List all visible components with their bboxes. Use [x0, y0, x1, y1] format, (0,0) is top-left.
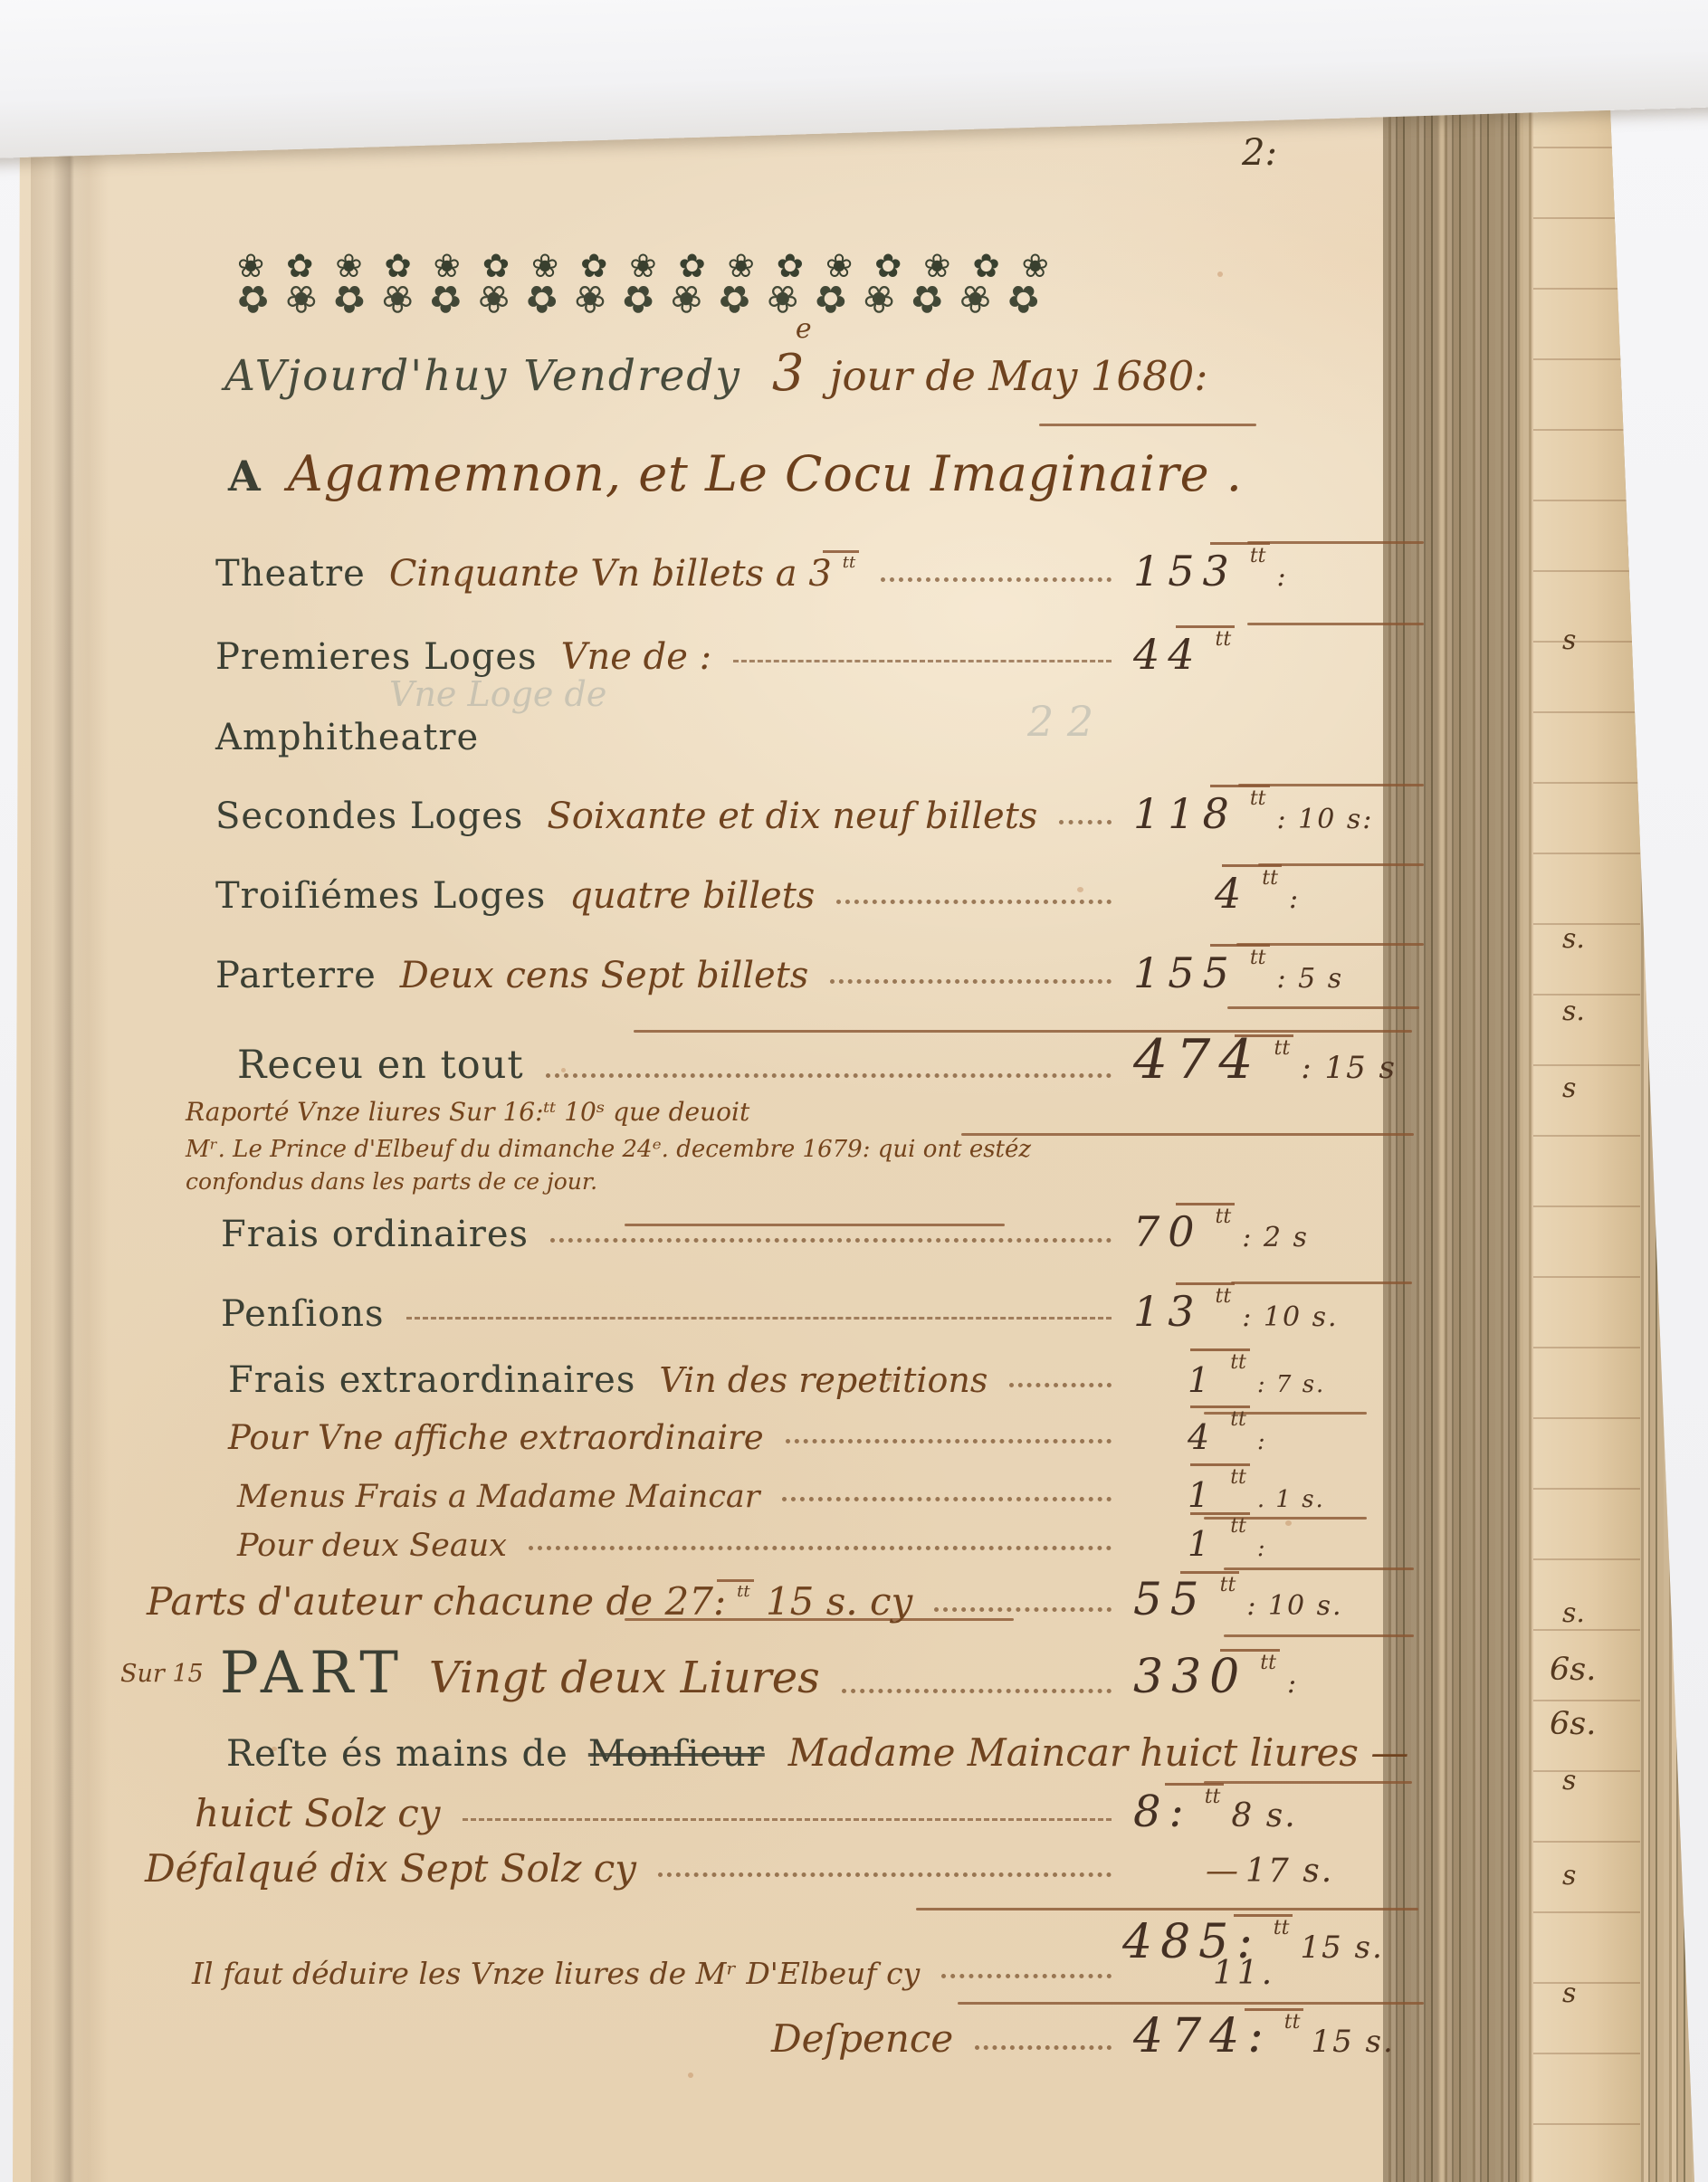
reste-solz-detail: huict Solz cy [195, 1791, 441, 1835]
troisiemes-loges-label: Troiſiémes Loges [215, 875, 546, 917]
dot-leader [529, 1546, 1112, 1550]
ink-rule [1258, 863, 1424, 866]
marginal-note: Raporté Vnze liures Sur 16:ᵗᵗ 10ˢ que de… [186, 1097, 1031, 1195]
ink-rule [1224, 1567, 1414, 1570]
entry-frais-ordinaires: Frais ordinaires 70tt: 2 s [221, 1207, 1409, 1256]
livres-symbol: tt [1235, 1034, 1294, 1062]
entry-parts-auteur: Parts d'auteur chacune de 27:tt 15 s. cy… [147, 1573, 1409, 1625]
livres-symbol: tt [1190, 1348, 1250, 1376]
seaux-detail: Pour deux Seaux [237, 1528, 507, 1564]
part-label: PART [220, 1640, 406, 1707]
premieres-loges-amount: 44tt [1133, 630, 1409, 679]
frais-ordinaires-label: Frais ordinaires [221, 1214, 529, 1255]
livres-symbol: tt [1220, 1649, 1280, 1676]
livres-symbol: tt [717, 1579, 753, 1603]
dash-leader [463, 1818, 1112, 1821]
livres-symbol: tt [1210, 785, 1270, 812]
part-amount: 330tt: [1133, 1650, 1409, 1704]
fore-edge-mark: s. [1562, 923, 1585, 955]
dot-leader [842, 1689, 1112, 1693]
date-headline-prefix: AVjourd'huy Vendredy [224, 351, 741, 401]
entry-menus-frais: Menus Frais a Madame Maincar 1tt. 1 s. [237, 1475, 1409, 1515]
dot-leader [546, 1073, 1112, 1078]
entry-pensions: Penſions 13tt: 10 s. [221, 1287, 1409, 1336]
parterre-detail: Deux cens Sept billets [400, 955, 809, 996]
seaux-amount: 1tt: [1133, 1524, 1409, 1564]
reste-solz-amount: 8:tt 8 s. [1133, 1787, 1409, 1837]
date-headline-suffix: jour de May 1680: [830, 352, 1208, 400]
secondes-loges-amount: 118tt: 10 s: [1133, 789, 1409, 838]
note-line: confondus dans les parts de ce jour. [186, 1168, 1031, 1195]
pensions-amount: 13tt: 10 s. [1133, 1287, 1409, 1336]
dot-leader [658, 1872, 1112, 1877]
ink-rule [1231, 1282, 1412, 1284]
fore-edge-mark: s [1562, 624, 1576, 656]
receu-en-tout-amount: 474tt: 15 s [1133, 1028, 1409, 1091]
menus-frais-detail: Menus Frais a Madame Maincar [237, 1479, 760, 1515]
despence-amount: 474:tt 15 s. [1133, 2009, 1409, 2063]
frais-extraordinaires-detail: Vin des repetitions [659, 1360, 988, 1400]
binding-gutter [31, 81, 109, 2182]
fore-edge-mark: s [1562, 1977, 1576, 2009]
ink-rule [1039, 424, 1256, 426]
entry-amphitheatre: Amphitheatre [215, 717, 1409, 758]
livres-symbol: tt [1222, 864, 1282, 891]
livres-symbol: tt [1176, 1282, 1236, 1310]
pensions-label: Penſions [221, 1293, 385, 1335]
entry-despence: Deſpence 474:tt 15 s. [771, 2009, 1409, 2063]
ink-rule [1247, 623, 1424, 625]
fore-edge-mark: 6s. [1550, 1706, 1596, 1742]
entry-premieres-loges: Premieres Loges Vne de : 44tt [215, 630, 1409, 679]
dot-leader [934, 1607, 1112, 1612]
frais-extraordinaires-amount: 1tt: 7 s. [1133, 1360, 1409, 1400]
livres-symbol: tt [823, 550, 859, 574]
parterre-amount: 155tt: 5 s [1133, 948, 1409, 997]
dot-leader [786, 1439, 1112, 1444]
livres-symbol: tt [1234, 1914, 1293, 1941]
entry-theatre: Theatre Cinquante Vn billets a 3tt 153tt… [215, 547, 1409, 596]
reste-label: Reſte és mains de [226, 1733, 568, 1775]
entry-part: Sur 15 PART Vingt deux Liures 330tt: [120, 1640, 1409, 1707]
defalque-amount: — 17 s. [1133, 1853, 1409, 1890]
entry-parterre: Parterre Deux cens Sept billets 155tt: 5… [215, 948, 1409, 997]
folio-number: 2: [1242, 132, 1277, 174]
dot-leader [836, 900, 1112, 904]
theatre-label: Theatre [215, 553, 366, 595]
frais-extraordinaires-label: Frais extraordinaires [228, 1359, 635, 1401]
fore-edge-mark: 6s. [1550, 1652, 1596, 1688]
livres-symbol: tt [1190, 1512, 1250, 1539]
reste-struck-word: Monſieur [588, 1733, 765, 1775]
theatre-amount: 153tt: [1133, 547, 1409, 596]
livres-symbol: tt [1190, 1463, 1250, 1491]
entry-deduire: Il faut déduire les Vnze liures de Mʳ D'… [192, 1955, 1409, 1992]
entry-frais-extraordinaires: Frais extraordinaires Vin des repetition… [228, 1359, 1409, 1401]
livres-symbol: tt [1210, 944, 1270, 971]
entry-seaux: Pour deux Seaux 1tt: [237, 1524, 1409, 1564]
entry-reste: Reſte és mains de Monſieur Madame Mainca… [226, 1730, 1409, 1775]
deduire-detail: Il faut déduire les Vnze liures de Mʳ D'… [192, 1956, 920, 1991]
theatre-detail: Cinquante Vn billets a 3tt [389, 553, 859, 595]
amphitheatre-label: Amphitheatre [215, 717, 479, 758]
fore-edge-mark: s. [1562, 996, 1585, 1027]
part-detail: Vingt deux Liures [429, 1653, 820, 1703]
fore-edge-next-page [1533, 78, 1640, 2182]
date-headline: AVjourd'huy Vendredy 3 e jour de May 168… [224, 344, 1207, 403]
fore-edge-mark: s [1562, 1860, 1576, 1891]
sum-rule [958, 2002, 1424, 2005]
printed-ornament-band: ❀✿❀✿❀✿❀✿❀✿❀✿❀✿❀✿❀ ✿❀✿❀✿❀✿❀✿❀✿❀✿❀✿❀✿ [237, 251, 1219, 329]
sum-rule [916, 1908, 1418, 1910]
date-day-ordinal: e [796, 313, 812, 345]
livres-symbol: tt [1165, 1783, 1225, 1810]
premieres-loges-label: Premieres Loges [215, 636, 538, 678]
affiche-amount: 4tt: [1133, 1417, 1409, 1457]
receu-en-tout-label: Receu en tout [237, 1043, 524, 1088]
entry-receu-en-tout: Receu en tout 474tt: 15 s [237, 1028, 1409, 1091]
dot-leader [1009, 1383, 1112, 1387]
parts-auteur-detail: Parts d'auteur chacune de 27:tt 15 s. cy [147, 1579, 912, 1624]
entry-reste-solz: huict Solz cy 8:tt 8 s. [195, 1787, 1409, 1837]
reste-detail: Madame Maincar huict liures — [788, 1730, 1409, 1775]
dash-leader [733, 660, 1112, 662]
dot-leader [1059, 820, 1112, 824]
entry-secondes-loges: Secondes Loges Soixante et dix neuf bill… [215, 789, 1409, 838]
fore-edge-mark: s. [1562, 1597, 1585, 1629]
play-title-initial: A [228, 452, 261, 500]
ink-rule [1247, 541, 1424, 544]
deduire-amount: 11. [1133, 1955, 1409, 1992]
ornament-row: ✿❀✿❀✿❀✿❀✿❀✿❀✿❀✿❀✿ [237, 280, 1219, 318]
livres-symbol: tt [1176, 625, 1236, 653]
livres-symbol: tt [1245, 2008, 1304, 2035]
entry-affiche: Pour Vne affiche extraordinaire 4tt: [228, 1417, 1409, 1457]
livres-symbol: tt [1190, 1405, 1250, 1433]
defalque-dash: — [1206, 1853, 1238, 1890]
dot-leader [830, 979, 1112, 984]
despence-label: Deſpence [771, 2016, 953, 2061]
ink-rule [1224, 1634, 1414, 1637]
livres-symbol: tt [1210, 542, 1270, 569]
ink-rule [1204, 1781, 1412, 1784]
affiche-detail: Pour Vne affiche extraordinaire [228, 1418, 764, 1457]
entry-troisiemes-loges: Troiſiémes Loges quatre billets 4tt: [215, 869, 1409, 918]
premieres-loges-detail: Vne de : [561, 636, 712, 678]
account-book-page: Vne Loge de 2 2 2: ❀✿❀✿❀✿❀✿❀✿❀✿❀✿❀✿❀ ✿❀✿… [0, 0, 1708, 2182]
dot-leader [975, 2045, 1112, 2050]
dot-leader [941, 1974, 1112, 1978]
parterre-label: Parterre [215, 955, 377, 996]
part-margin-note: Sur 15 [120, 1660, 204, 1688]
secondes-loges-label: Secondes Loges [215, 796, 523, 837]
dash-leader [406, 1317, 1112, 1320]
paper-speck [688, 2072, 693, 2078]
dot-leader [881, 577, 1112, 582]
play-title-line: A Agamemnon, et Le Cocu Imaginaire . [228, 445, 1243, 502]
livres-symbol: tt [1176, 1203, 1236, 1230]
ink-rule [1227, 1006, 1419, 1009]
troisiemes-loges-amount: 4tt: [1133, 869, 1409, 918]
troisiemes-loges-detail: quatre billets [569, 875, 815, 917]
parts-auteur-amount: 55tt: 10 s. [1133, 1573, 1409, 1625]
dot-leader [782, 1497, 1112, 1501]
frais-ordinaires-amount: 70tt: 2 s [1133, 1207, 1409, 1256]
play-title: Agamemnon, et Le Cocu Imaginaire . [288, 445, 1243, 502]
livres-symbol: tt [1180, 1571, 1240, 1598]
menus-frais-amount: 1tt. 1 s. [1133, 1475, 1409, 1515]
fore-edge-mark: s [1562, 1072, 1576, 1104]
dot-leader [550, 1238, 1112, 1243]
entry-defalque: Défalqué dix Sept Solz cy — 17 s. [145, 1846, 1409, 1891]
note-line: Raporté Vnze liures Sur 16:ᵗᵗ 10ˢ que de… [186, 1097, 1031, 1127]
fore-edge-mark: s [1562, 1765, 1576, 1796]
bleed-through-text: Vne Loge de [389, 674, 606, 714]
date-day-number: 3 e [772, 344, 805, 403]
secondes-loges-detail: Soixante et dix neuf billets [547, 796, 1037, 837]
defalque-detail: Défalqué dix Sept Solz cy [145, 1846, 636, 1891]
note-line: Mʳ. Le Prince d'Elbeuf du dimanche 24ᵉ. … [186, 1136, 1031, 1163]
